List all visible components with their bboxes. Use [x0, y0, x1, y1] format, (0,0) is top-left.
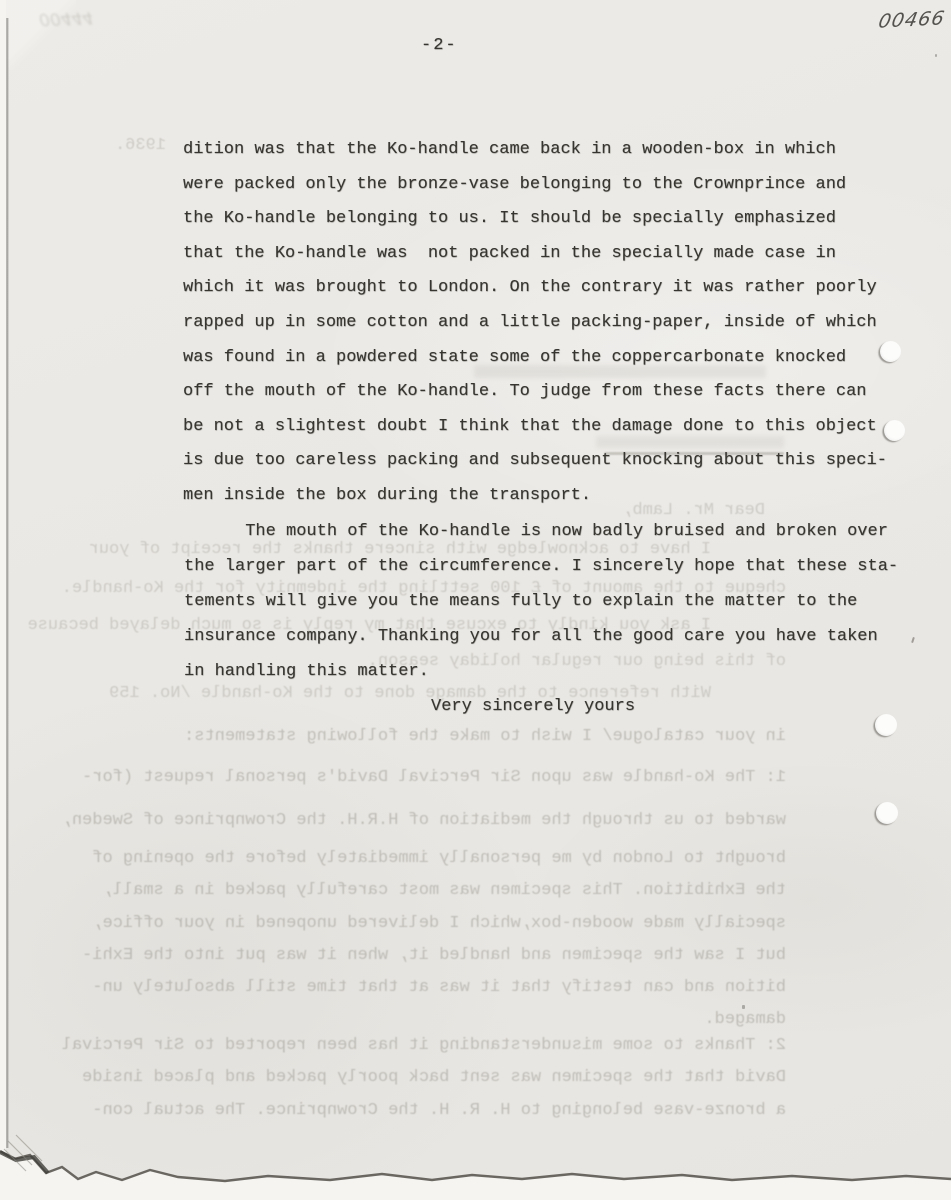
page-left-edge	[6, 18, 9, 1148]
punch-hole	[876, 802, 898, 824]
typed-line: rapped up in some cotton and a little pa…	[183, 306, 887, 341]
ghost-line: damaged.	[704, 1010, 786, 1029]
ghost-line: the Exhibition. This specimen was most c…	[102, 881, 786, 900]
punch-hole	[884, 420, 905, 441]
typed-line: in handling this matter.	[184, 654, 898, 689]
ghost-line: David that the specimen was sent back po…	[82, 1068, 786, 1087]
typed-line: tements will give you the means fully to…	[184, 584, 898, 619]
typed-line: the larger part of the circumference. I …	[184, 549, 898, 584]
ghost-line: warded to us through the mediation of H.…	[62, 811, 786, 830]
ghost-line: 1: The Ko-handle was upon Sir Percival D…	[82, 768, 786, 787]
typed-line: were packed only the bronze-vase belongi…	[183, 168, 887, 203]
typed-line: is due too careless packing and subseque…	[183, 444, 887, 479]
typed-paragraph-1: dition was that the Ko-handle came back …	[183, 133, 887, 514]
ghost-line: specially made wooden-box,which I delive…	[92, 914, 786, 933]
scanned-letter-page: 1936. Dear Mr. Lamb, I have to acknowled…	[0, 0, 951, 1200]
ghost-line: a bronze-vase belonging to H. R. H. the …	[92, 1101, 786, 1120]
ghost-line: in your catalogue/ I wish to make the fo…	[184, 727, 786, 746]
punch-hole	[875, 714, 897, 736]
ghost-line: brought to London by me personally immed…	[92, 849, 786, 868]
paper-sheet: 1936. Dear Mr. Lamb, I have to acknowled…	[6, 0, 951, 1200]
typed-line: that the Ko-handle was not packed in the…	[183, 237, 887, 272]
ghost-line: bition and can testify that it was at th…	[92, 978, 786, 997]
typed-paragraph-2: The mouth of the Ko-handle is now badly …	[184, 514, 898, 689]
corner-stamp-ghost: 00444	[39, 7, 94, 29]
typed-line: off the mouth of the Ko-handle. To judge…	[183, 375, 887, 410]
scan-speck	[935, 54, 937, 57]
typed-line: was found in a powdered state some of th…	[183, 341, 887, 376]
sign-off: Very sincerely yours	[431, 689, 635, 724]
ghost-line: 2: Thanks to some misunderstanding it ha…	[62, 1036, 786, 1055]
ghost-date-fragment: 1936.	[115, 136, 166, 155]
archive-number-handwritten: 00466	[876, 7, 947, 32]
typed-line: insurance company. Thanking you for all …	[184, 619, 898, 654]
ghost-line: but I saw the specimen and handled it, w…	[82, 946, 786, 965]
typed-line: be not a slightest doubt I think that th…	[183, 410, 887, 445]
page-number: -2-	[421, 36, 458, 55]
torn-bottom-edge	[0, 1125, 951, 1200]
typed-line: the Ko-handle belonging to us. It should…	[183, 202, 887, 237]
typed-line: dition was that the Ko-handle came back …	[183, 133, 887, 168]
scan-speck	[742, 1005, 745, 1009]
scan-speck	[911, 637, 915, 643]
typed-line: The mouth of the Ko-handle is now badly …	[184, 514, 898, 549]
typed-line: men inside the box during the transport.	[183, 479, 887, 514]
typed-line: which it was brought to London. On the c…	[183, 271, 887, 306]
